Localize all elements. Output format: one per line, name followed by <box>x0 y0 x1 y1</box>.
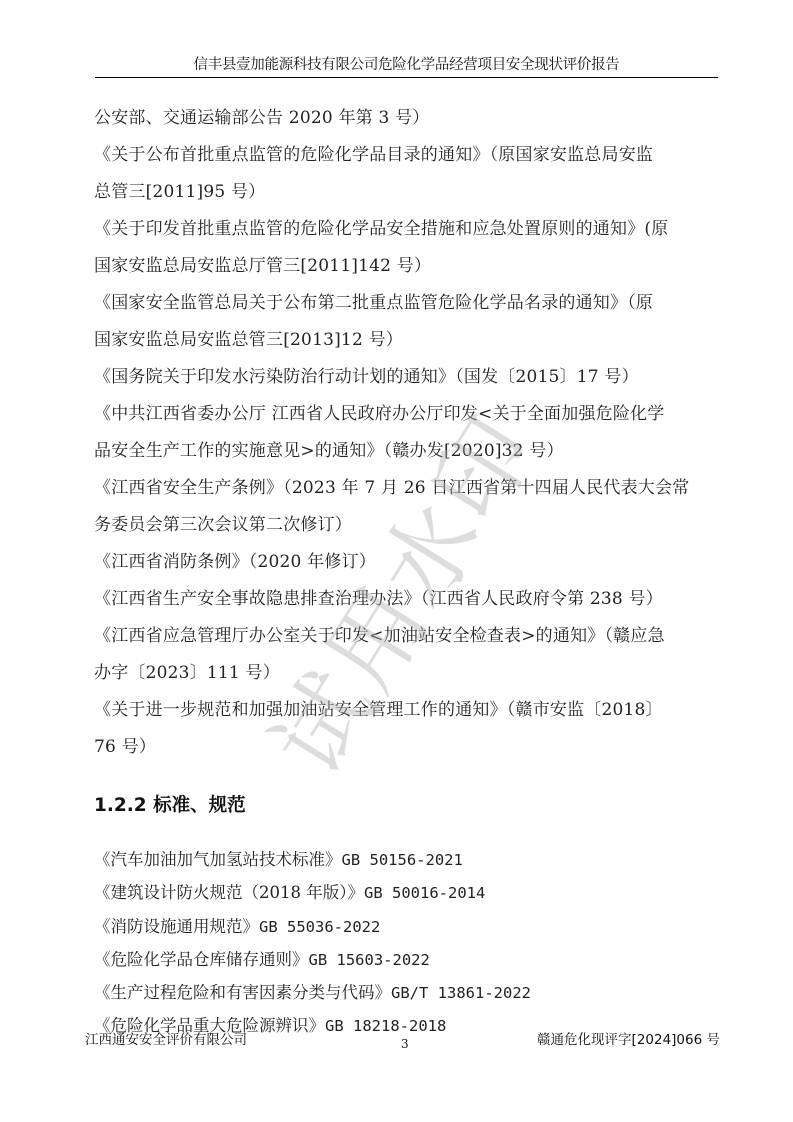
standard-item: 《生产过程危险和有害因素分类与代码》GB/T 13861-2022 <box>94 976 724 1009</box>
regulation-line: 总管三[2011]95 号） <box>94 174 724 211</box>
regulation-line: 76 号） <box>94 729 724 766</box>
footer-company: 江西通安安全评价有限公司 <box>85 1028 247 1052</box>
regulation-line: 务委员会第三次会议第二次修订） <box>94 507 724 544</box>
regulation-line: 《中共江西省委办公厅 江西省人民政府办公厅印发<关于全面加强危险化学 <box>94 396 724 433</box>
standard-name: 《危险化学品仓库储存通则》 <box>94 950 309 969</box>
regulation-line: 《江西省应急管理厅办公室关于印发<加油站安全检查表>的通知》（赣应急 <box>94 618 724 655</box>
standard-name: 《消防设施通用规范》 <box>94 917 259 936</box>
footer-report-number: 赣通危化现评字[2024]066 号 <box>537 1028 720 1052</box>
header-title: 信丰县壹加能源科技有限公司危险化学品经营项目安全现状评价报告 <box>194 57 620 73</box>
regulation-line: 《关于进一步规范和加强加油站安全管理工作的通知》（赣市安监〔2018〕 <box>94 692 724 729</box>
regulation-line: 国家安监总局安监总厅管三[2011]142 号） <box>94 248 724 285</box>
regulation-line: 《国家安全监管总局关于公布第二批重点监管危险化学品名录的通知》（原 <box>94 285 724 322</box>
standard-name: 《建筑设计防火规范（2018 年版）》 <box>94 883 364 902</box>
standard-code: GB 50016-2014 <box>364 884 485 902</box>
standards-list: 《汽车加油加气加氢站技术标准》GB 50156-2021 《建筑设计防火规范（2… <box>94 843 724 1043</box>
regulation-line: 办字〔2023〕111 号） <box>94 655 724 692</box>
page-body: 公安部、交通运输部公告 2020 年第 3 号） 《关于公布首批重点监管的危险化… <box>94 100 724 1043</box>
regulation-line: 《国务院关于印发水污染防治行动计划的通知》（国发〔2015〕17 号） <box>94 359 724 396</box>
standard-code: GB 50156-2021 <box>342 851 463 869</box>
standard-name: 《汽车加油加气加氢站技术标准》 <box>94 850 342 869</box>
regulation-line: 《江西省消防条例》（2020 年修订） <box>94 544 724 581</box>
section-heading: 1.2.2 标准、规范 <box>94 791 724 821</box>
document-page: 信丰县壹加能源科技有限公司危险化学品经营项目安全现状评价报告 公安部、交通运输部… <box>0 0 793 1122</box>
regulation-line: 品安全生产工作的实施意见>的通知》（赣办发[2020]32 号） <box>94 433 724 470</box>
standard-item: 《消防设施通用规范》GB 55036-2022 <box>94 910 724 943</box>
regulation-line: 国家安监总局安监总管三[2013]12 号） <box>94 322 724 359</box>
regulation-list: 公安部、交通运输部公告 2020 年第 3 号） 《关于公布首批重点监管的危险化… <box>94 100 724 766</box>
standard-name: 《生产过程危险和有害因素分类与代码》 <box>94 983 391 1002</box>
standard-code: GB 55036-2022 <box>259 918 380 936</box>
regulation-line: 《关于印发首批重点监管的危险化学品安全措施和应急处置原则的通知》(原 <box>94 211 724 248</box>
standard-code: GB 15603-2022 <box>309 951 430 969</box>
standard-code: GB/T 13861-2022 <box>391 984 531 1002</box>
regulation-line: 《江西省生产安全事故隐患排查治理办法》（江西省人民政府令第 238 号） <box>94 581 724 618</box>
regulation-line: 《江西省安全生产条例》（2023 年 7 月 26 日江西省第十四届人民代表大会… <box>94 470 724 507</box>
regulation-line: 《关于公布首批重点监管的危险化学品目录的通知》（原国家安监总局安监 <box>94 137 724 174</box>
standard-item: 《汽车加油加气加氢站技术标准》GB 50156-2021 <box>94 843 724 876</box>
regulation-line: 公安部、交通运输部公告 2020 年第 3 号） <box>94 100 724 137</box>
page-number: 3 <box>401 1032 409 1056</box>
page-header: 信丰县壹加能源科技有限公司危险化学品经营项目安全现状评价报告 <box>95 54 718 78</box>
page-footer: 江西通安安全评价有限公司 3 赣通危化现评字[2024]066 号 <box>85 1028 720 1052</box>
standard-item: 《建筑设计防火规范（2018 年版）》GB 50016-2014 <box>94 876 724 909</box>
standard-item: 《危险化学品仓库储存通则》GB 15603-2022 <box>94 943 724 976</box>
